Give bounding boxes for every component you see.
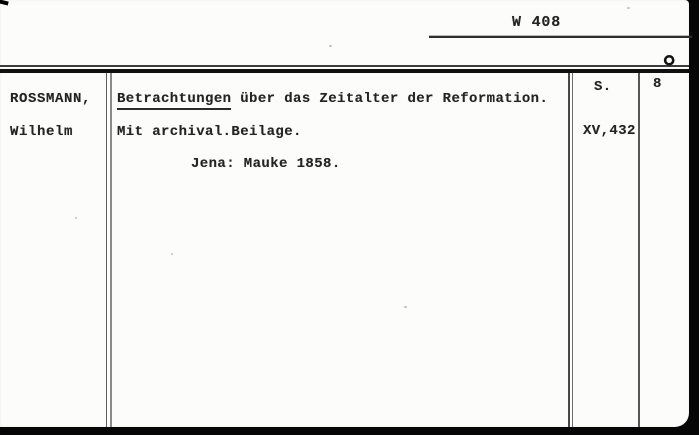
pages-column-divider-inner	[572, 73, 573, 427]
format-column-divider	[638, 73, 640, 427]
pages-column-divider	[568, 73, 570, 427]
pages-value: XV,432	[583, 123, 636, 139]
entry-title: Betrachtungen über das Zeitalter der Ref…	[117, 91, 548, 107]
entry-note: Mit archival.Beilage.	[117, 124, 302, 140]
header-rule-thin	[0, 65, 689, 67]
author-forename: Wilhelm	[10, 124, 73, 140]
pages-column-header: S.	[594, 79, 612, 95]
author-surname: ROSSMANN,	[10, 91, 91, 107]
scan-corner-artifact	[0, 0, 9, 6]
scan-speck	[75, 217, 77, 219]
scan-speck	[404, 306, 407, 308]
author-column-divider	[106, 73, 107, 427]
catalog-card: W 408 ROSSMANN, Wilhelm Betrachtungen üb…	[0, 0, 689, 427]
entry-imprint: Jena: Mauke 1858.	[191, 156, 341, 172]
scan-speck	[627, 7, 630, 9]
scan-speck	[329, 45, 332, 47]
entry-title-rest: über das Zeitalter der Reformation.	[231, 91, 548, 107]
call-number-underline	[429, 36, 692, 38]
author-column-divider-inner	[110, 73, 112, 427]
entry-title-underlined-word: Betrachtungen	[117, 91, 231, 110]
scan-speck	[171, 253, 173, 255]
header-rule-thick	[0, 69, 689, 73]
scanned-catalog-card-page: { "colors": { "ink": "#242424", "card_ba…	[0, 0, 699, 435]
octavo-degree-mark: °	[659, 54, 679, 88]
call-number: W 408	[512, 15, 561, 31]
